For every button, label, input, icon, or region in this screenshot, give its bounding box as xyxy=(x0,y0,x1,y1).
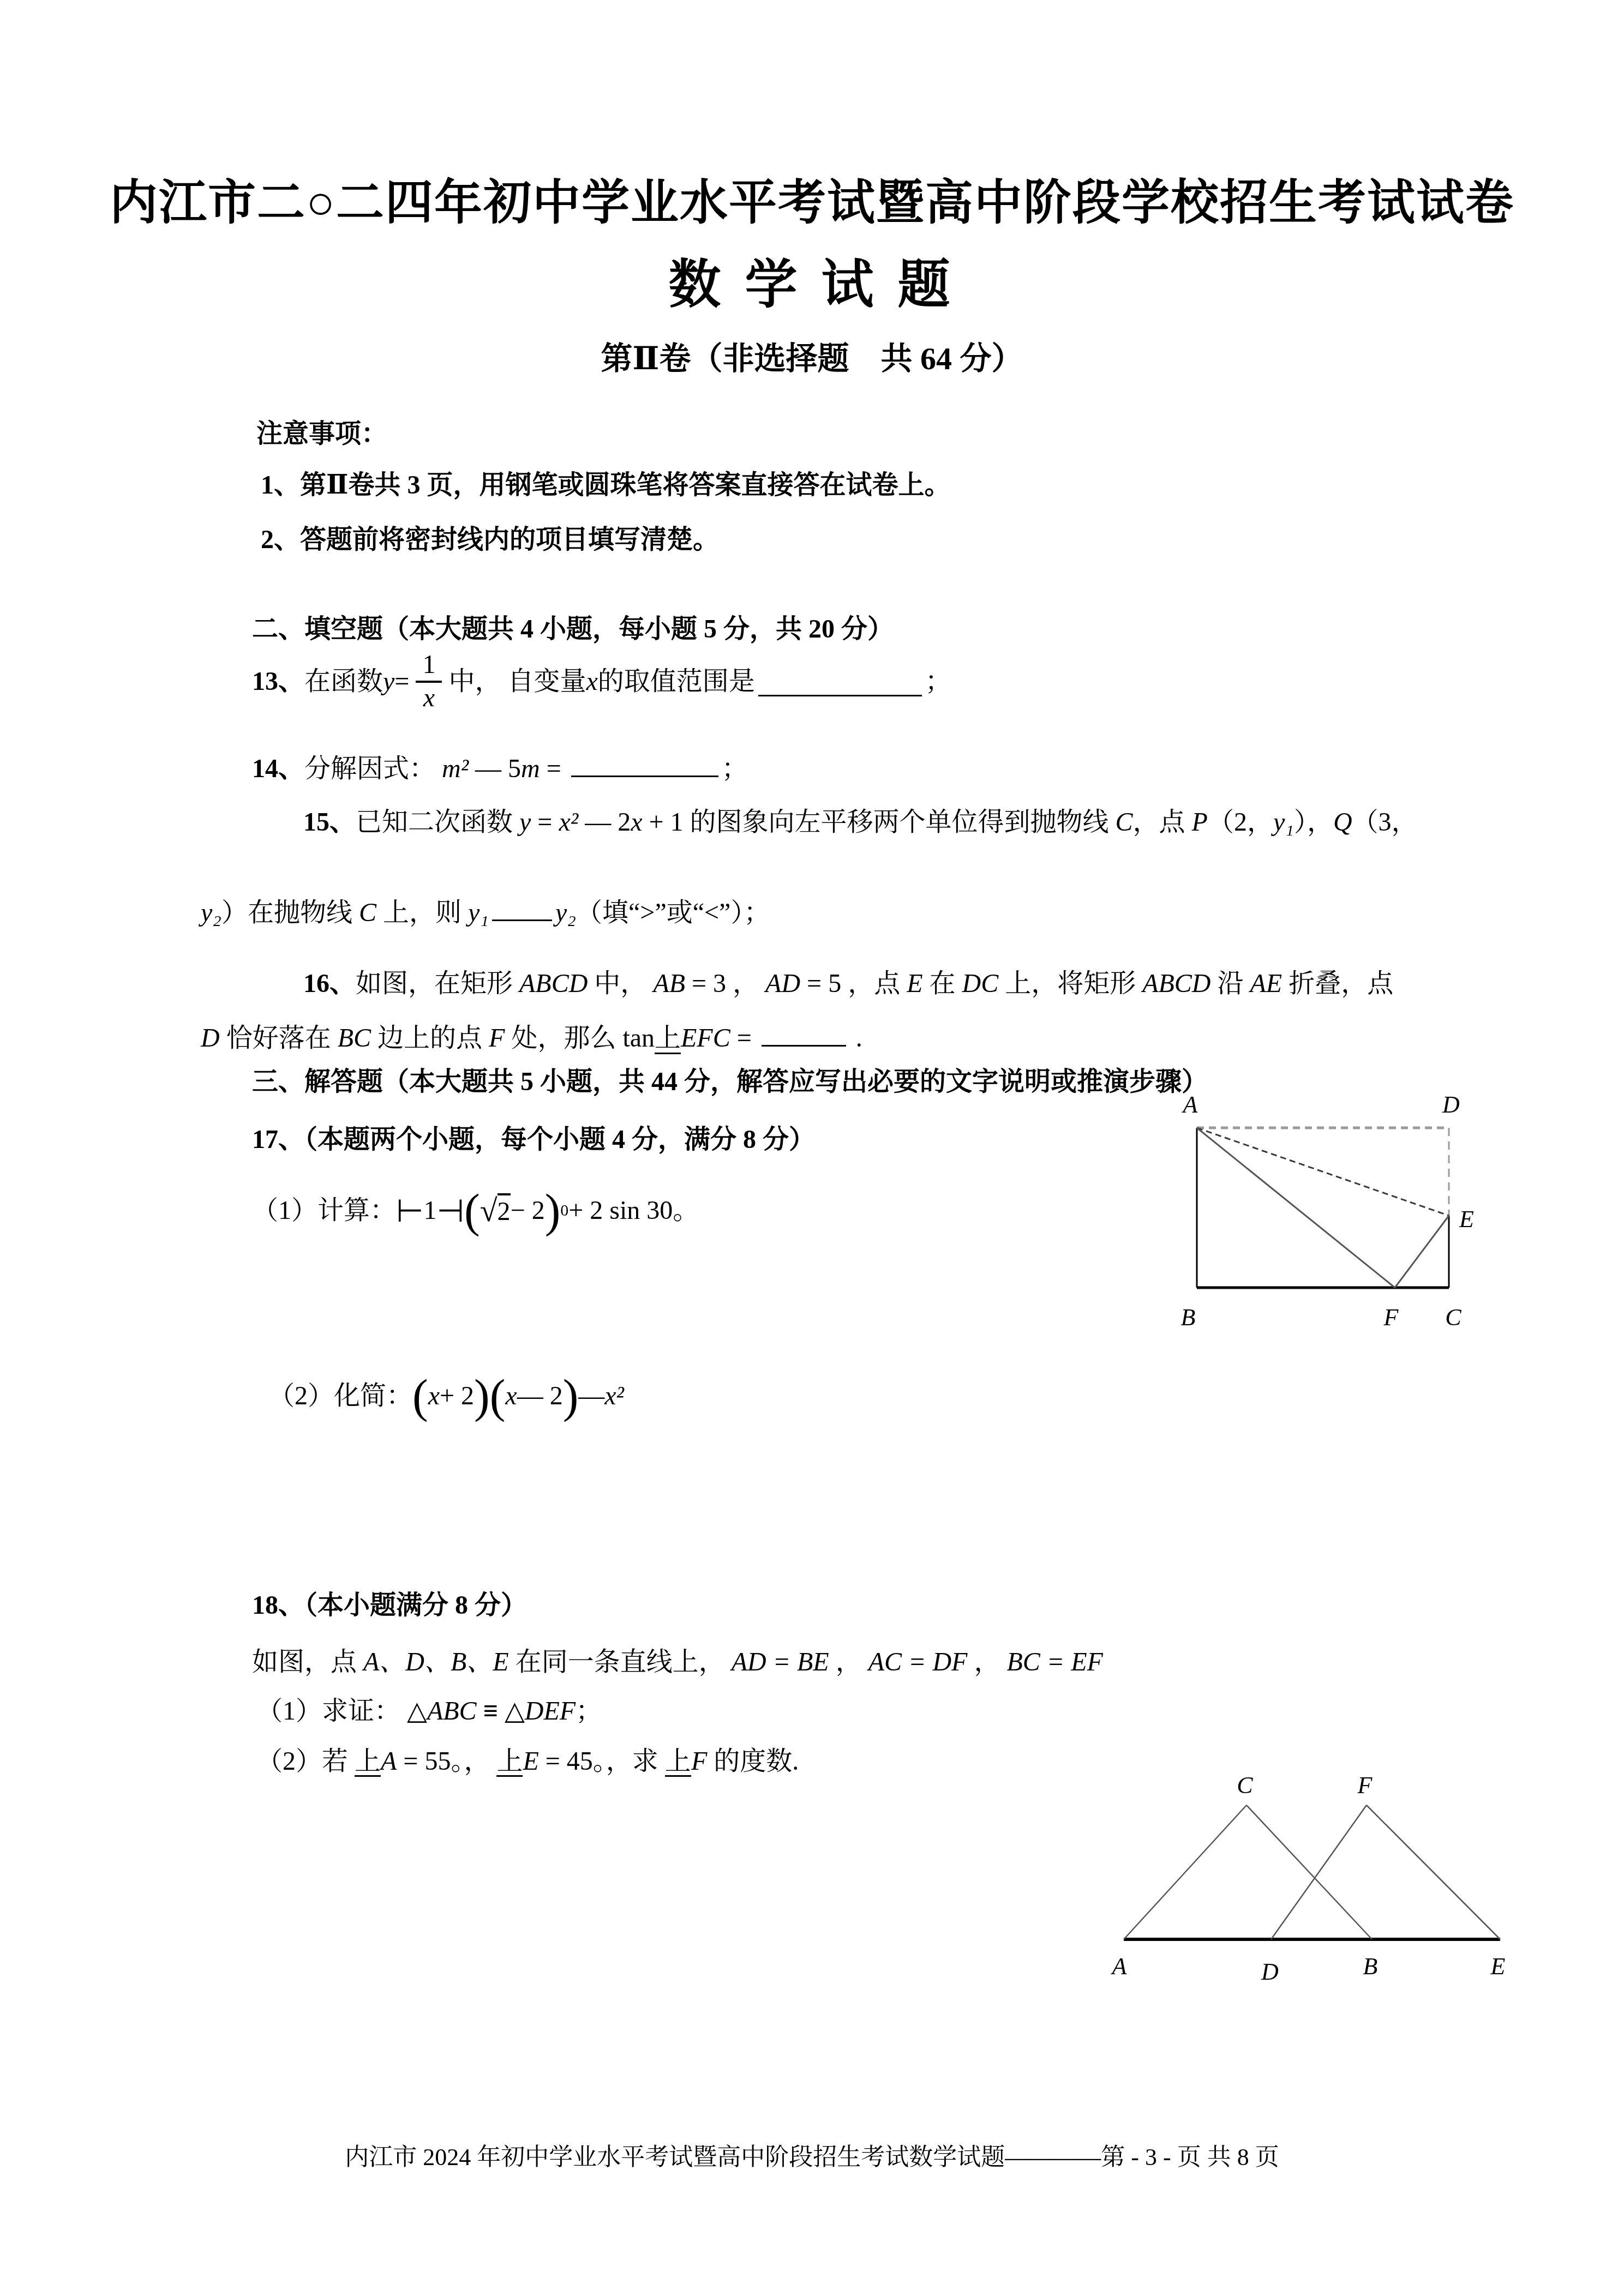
q17-part1-label: （1）计算： xyxy=(252,1194,396,1227)
fig18-label-C: C xyxy=(1237,1772,1253,1799)
q18-text-a: 如图，点 xyxy=(252,1648,363,1676)
question-13: 13、在函数 y = 1x 中， 自变量 x 的取值范围是； xyxy=(252,638,951,725)
question-16-line1: 16、如图，在矩形 ABCD 中， AB = 3 ， AD = 5 ，点 E 在… xyxy=(303,967,1393,1000)
q18-triangle-ABC: △ABC xyxy=(407,1697,477,1726)
q13-var-y: y xyxy=(383,665,394,698)
q15-point-Q: Q xyxy=(1333,808,1352,837)
q14-answer-blank xyxy=(571,748,718,777)
fig18-label-D: D xyxy=(1261,1958,1279,1985)
notices-heading: 注意事项： xyxy=(256,418,387,450)
q17-one: 1 xyxy=(424,1194,437,1227)
q18-text-c: ， xyxy=(829,1648,868,1676)
q17-p2-x2: x xyxy=(505,1380,517,1413)
q14-m-squared: m² xyxy=(442,754,469,783)
q17-p2-plus2: + 2 xyxy=(440,1380,474,1413)
q13-end: ； xyxy=(925,665,951,698)
q15-y1-compare: y₁ xyxy=(468,898,489,927)
question-16-line2: D 恰好落在 BC 边上的点 F 处，那么 tan上EFC = . xyxy=(201,1018,862,1055)
q18-p1-label: （1）求证： xyxy=(256,1697,407,1726)
q15-var-x: x xyxy=(631,808,642,837)
q18-angle-A: A xyxy=(381,1747,397,1776)
question-15-line1: 15、已知二次函数 y = x² — 2x + 1 的图象向左平移两个单位得到抛… xyxy=(303,806,1418,839)
q18-congruent-symbol: ≡ xyxy=(477,1697,505,1726)
q17-exponent-0: 0 xyxy=(560,1200,568,1221)
q18-eq-AC-DF: AC = DF xyxy=(868,1648,968,1676)
question-17-part1: （1）计算：⊢1⊣(√2 − 2)0 + 2 sin 30。 xyxy=(252,1178,699,1243)
fraction-numerator: 1 xyxy=(416,651,442,683)
q16-text-a: 如图，在矩形 xyxy=(356,969,519,998)
question-18-intro: 如图，点 A、D、B、E 在同一条直线上， AD = BE ， AC = DF … xyxy=(252,1646,1103,1679)
q15-text-d: ，点 xyxy=(1133,808,1192,837)
fig18-label-E: E xyxy=(1490,1953,1506,1980)
q17-abs-left: ⊢ xyxy=(396,1191,424,1231)
fig16-label-D: D xyxy=(1442,1091,1460,1118)
notice-item-1: 1、第Ⅱ卷共 3 页，用钢笔或圆珠笔将答案直接答在试卷上。 xyxy=(261,469,950,502)
section-banner: 第Ⅱ卷（非选择题 共 64 分） xyxy=(0,339,1624,379)
fraction-denominator: x xyxy=(416,683,442,713)
q16-side-AD: AD xyxy=(765,969,800,998)
q18-triangle-DEF: △DEF xyxy=(505,1697,576,1726)
section3-heading: 三、解答题（本大题共 5 小题，共 44 分，解答应写出必要的文字说明或推演步骤… xyxy=(252,1066,1208,1098)
q17-p2-minus: — xyxy=(578,1380,604,1413)
q17-part2-label: （2）化简： xyxy=(268,1380,412,1413)
question-17-heading: 17、（本题两个小题，每个小题 4 分，满分 8 分） xyxy=(252,1123,815,1156)
q15-text-i: 上，则 xyxy=(376,898,468,927)
q18-p2-label: （2）若 xyxy=(256,1747,355,1776)
q18-angle-F: F xyxy=(691,1747,707,1776)
q18-text-b: 在同一条直线上， xyxy=(509,1648,732,1676)
fig18-label-A: A xyxy=(1111,1953,1128,1980)
fraction-1-over-x: 1x xyxy=(416,651,442,713)
q17-radical-sign: √ xyxy=(480,1191,498,1231)
figure-triangles: C F A D B E xyxy=(1091,1771,1538,2006)
q17-minus-2: − 2 xyxy=(511,1194,545,1227)
q16-point-F: F xyxy=(489,1024,505,1053)
q15-y1: y₁ xyxy=(1273,808,1294,837)
question-18-heading: 18、（本小题满分 8 分） xyxy=(252,1589,527,1622)
q18-p1-end: ； xyxy=(576,1697,602,1726)
q17-abs-right: ⊣ xyxy=(437,1191,465,1231)
q18-angle-E: E xyxy=(523,1747,538,1776)
notice-item-2: 2、答题前将密封线内的项目填写清楚。 xyxy=(261,524,719,556)
q13-text-c: 的取值范围是 xyxy=(598,665,755,698)
q13-number: 13、 xyxy=(252,665,304,698)
q15-y2: y₂ xyxy=(201,898,221,927)
fig18-side-AC xyxy=(1124,1805,1247,1939)
page-footer: 内江市 2024 年初中学业水平考试暨高中阶段招生考试数学试题————第 - 3… xyxy=(0,2142,1624,2172)
q16-number: 16、 xyxy=(303,969,356,998)
q16-equals: = xyxy=(730,1024,758,1053)
q15-text-a: 已知二次函数 xyxy=(356,808,519,837)
q13-text-a: 在函数 xyxy=(304,665,383,698)
q15-text-f: ）， xyxy=(1294,808,1333,837)
q18-angle-symbol-2: 上 xyxy=(496,1748,523,1777)
fig18-side-FE xyxy=(1367,1805,1500,1939)
fig18-side-DF xyxy=(1271,1805,1367,1939)
q18-text-d: ， xyxy=(967,1648,1006,1676)
q16-crease-AE: AE xyxy=(1250,969,1283,998)
q18-eq-BC-EF: BC = EF xyxy=(1006,1648,1102,1676)
fig16-label-E: E xyxy=(1459,1206,1474,1233)
q18-p2-text-d: 的度数. xyxy=(707,1747,799,1776)
q15-var-y: y xyxy=(519,808,531,837)
q16-angle-symbol: 上 xyxy=(655,1025,681,1054)
fig16-label-B: B xyxy=(1181,1304,1196,1331)
q16-text-i: 恰好落在 xyxy=(220,1024,338,1053)
q16-text-d: = 5 ，点 xyxy=(800,969,907,998)
q14-number: 14、 xyxy=(252,754,304,783)
q15-text-b: — 2 xyxy=(578,808,631,837)
q15-text-j: （填“>”或“<”）； xyxy=(576,898,770,927)
fig16-label-A: A xyxy=(1182,1091,1198,1118)
fig16-label-F: F xyxy=(1383,1304,1399,1331)
q13-var-x: x xyxy=(586,665,597,698)
q15-x-squared: x² xyxy=(559,808,578,837)
figure-rectangle-fold: A D B C F E xyxy=(1162,1086,1522,1343)
q16-side-BC: BC xyxy=(338,1024,371,1053)
q16-answer-blank xyxy=(762,1018,846,1047)
q15-number: 15、 xyxy=(303,808,356,837)
fig16-fold-AF xyxy=(1197,1128,1395,1288)
page-title: 内江市二○二四年初中学业水平考试暨高中阶段学校招生考试试卷 xyxy=(0,172,1624,232)
q15-text-h: ）在抛物线 xyxy=(221,898,359,927)
question-14: 14、分解因式： m² — 5m = ； xyxy=(252,748,748,785)
question-18-part2: （2）若 上A = 55。， 上E = 45。，求 上F 的度数. xyxy=(256,1745,799,1778)
fig18-side-CB xyxy=(1247,1805,1372,1939)
q15-answer-blank xyxy=(492,892,552,921)
q15-curve-C2: C xyxy=(359,898,376,927)
fig18-label-B: B xyxy=(1363,1953,1378,1980)
q16-end: . xyxy=(849,1024,862,1053)
q16-text-k: 处，那么 tan xyxy=(505,1024,655,1053)
q16-point-D: D xyxy=(201,1024,220,1053)
q13-text-b: 中， 自变量 xyxy=(448,665,586,698)
q18-eq-AD-BE: AD = BE xyxy=(732,1648,829,1676)
q17-p2-x-squared: x² xyxy=(604,1380,624,1413)
q18-points-ADBE: A、D、B、E xyxy=(363,1648,509,1676)
q15-equals: = xyxy=(531,808,559,837)
q16-angle-EFC: EFC xyxy=(681,1024,730,1053)
fig16-crease-AE xyxy=(1197,1128,1449,1216)
q14-end: ； xyxy=(722,754,748,783)
q13-equals: = xyxy=(394,665,409,698)
q15-text-e: （2， xyxy=(1208,808,1273,837)
q14-var-m: m xyxy=(521,754,540,783)
q17-p2-x1: x xyxy=(428,1380,440,1413)
q17-p2-minus2: — 2 xyxy=(517,1380,563,1413)
q15-point-P: P xyxy=(1192,808,1208,837)
q16-text-c: = 3 ， xyxy=(685,969,765,998)
question-18-part1: （1）求证： △ABC ≡ △DEF； xyxy=(256,1695,602,1728)
q14-text-b: — 5 xyxy=(469,754,521,783)
fig16-fold-FE xyxy=(1395,1216,1449,1288)
q16-side-DC: DC xyxy=(962,969,999,998)
question-17-part2: （2）化简：(x + 2)(x — 2) — x² xyxy=(268,1366,624,1426)
q16-point-E: E xyxy=(907,969,922,998)
q15-text-g: （3， xyxy=(1352,808,1418,837)
q14-text-a: 分解因式： xyxy=(304,754,442,783)
fig16-label-C: C xyxy=(1445,1304,1461,1331)
q17-sin-term: + 2 sin 30。 xyxy=(568,1194,699,1227)
q16-text-h: 折叠，点 xyxy=(1282,969,1393,998)
q18-p2-text-b: = 55。， xyxy=(397,1747,496,1776)
q15-curve-C: C xyxy=(1116,808,1133,837)
q17-radicand: 2 xyxy=(498,1193,511,1228)
q14-equals: = xyxy=(540,754,568,783)
q15-text-c: + 1 的图象向左平移两个单位得到抛物线 xyxy=(642,808,1115,837)
question-15-line2: y₂）在抛物线 C 上，则 y₁y₂（填“>”或“<”）； xyxy=(201,892,770,929)
q16-text-j: 边上的点 xyxy=(371,1024,489,1053)
q16-text-b: 中， xyxy=(588,969,653,998)
subject-title: 数 学 试 题 xyxy=(0,252,1624,317)
exam-page: 内江市二○二四年初中学业水平考试暨高中阶段学校招生考试试卷 数 学 试 题 第Ⅱ… xyxy=(0,0,1624,2296)
q18-angle-symbol-3: 上 xyxy=(665,1748,691,1777)
q16-side-AB: AB xyxy=(653,969,685,998)
q16-text-f: 上，将矩形 xyxy=(998,969,1142,998)
q16-text-g: 沿 xyxy=(1211,969,1250,998)
q16-rect-ABCD: ABCD xyxy=(519,969,588,998)
q16-rect-ABCD2: ABCD xyxy=(1142,969,1210,998)
fig18-label-F: F xyxy=(1357,1772,1373,1799)
q13-answer-blank xyxy=(758,667,922,696)
q15-y2-compare: y₂ xyxy=(555,898,576,927)
q18-angle-symbol-1: 上 xyxy=(355,1748,381,1777)
q16-text-e: 在 xyxy=(922,969,962,998)
q18-p2-text-c: = 45。，求 xyxy=(539,1747,665,1776)
